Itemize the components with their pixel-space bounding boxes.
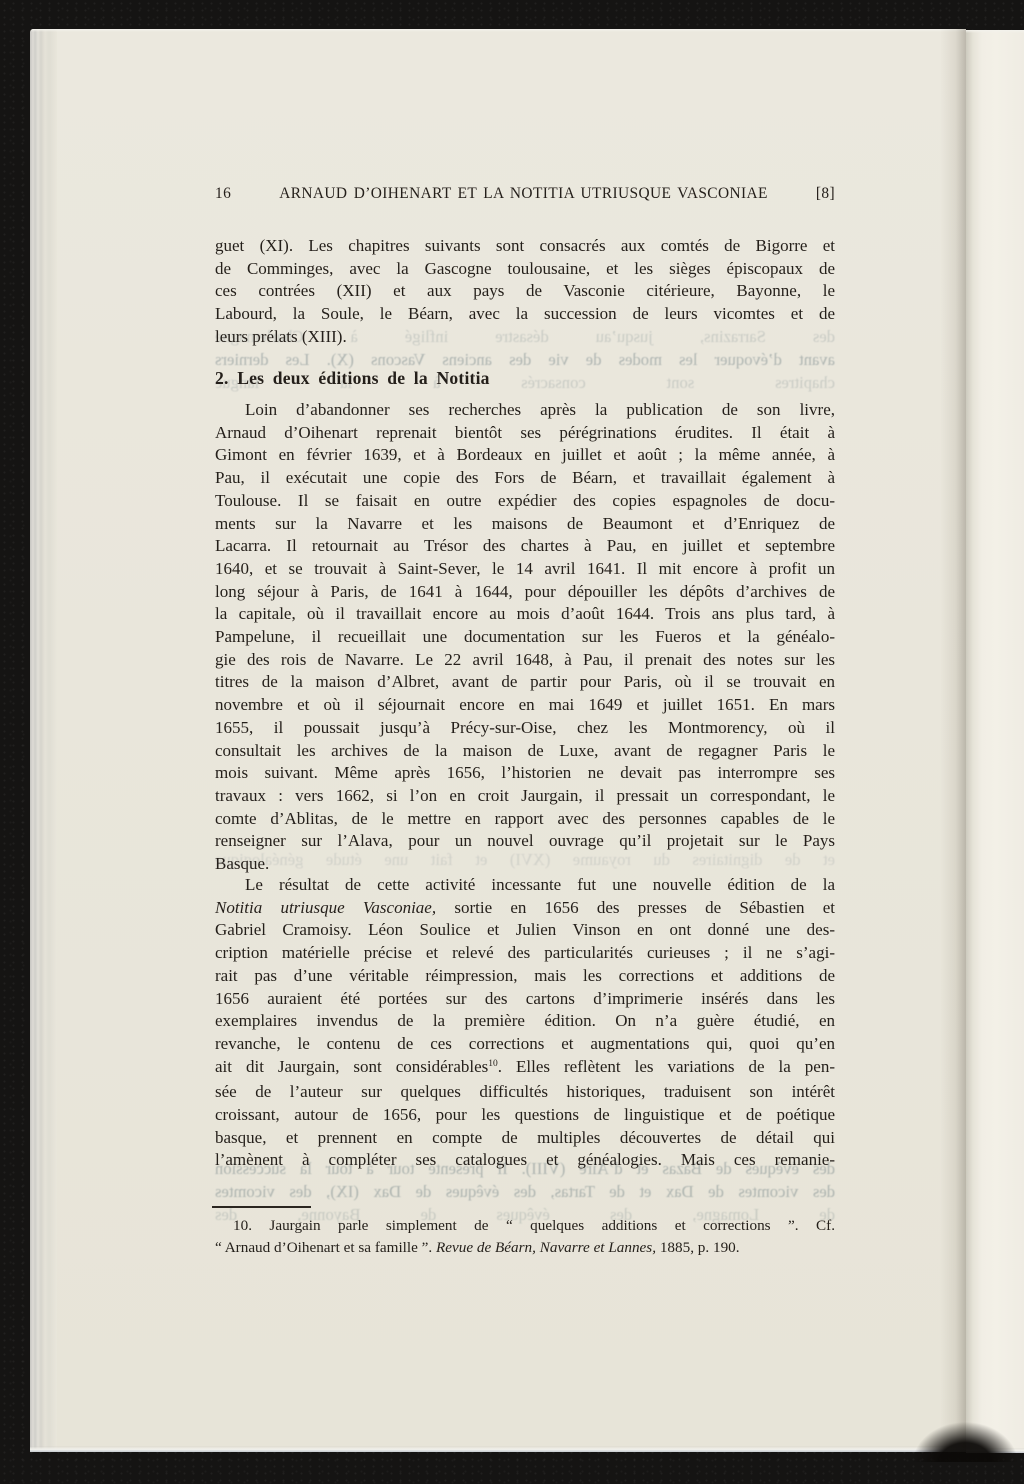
section-heading: 2. Les deux éditions de la Notitia bbox=[215, 368, 835, 389]
page-edge-top bbox=[966, 30, 1024, 33]
body-line: Notitia utriusque Vasconiae, sortie en 1… bbox=[215, 897, 835, 920]
body-line: revanche, le contenu de ces corrections … bbox=[215, 1033, 835, 1056]
body-line: Toulouse. Il se faisait en outre expédie… bbox=[215, 490, 835, 513]
body-line: travaux : vers 1662, si l’on en croit Ja… bbox=[215, 785, 835, 808]
running-header: 16 ARNAUD D’OIHENART ET LA NOTITIA UTRIU… bbox=[215, 185, 835, 203]
book-page: des Sarrazins, jusqu’au désastre infligé… bbox=[30, 29, 966, 1452]
opening-paragraph: guet (XI). Les chapitres suivants sont c… bbox=[215, 235, 835, 349]
paragraph: Le résultat de cette activité incessante… bbox=[215, 874, 835, 1172]
body-line: cription matérielle précise et relevé de… bbox=[215, 942, 835, 965]
paragraph: Loin d’abandonner ses recherches après l… bbox=[215, 399, 835, 876]
page-number: 16 bbox=[215, 185, 231, 203]
page-stack-edge-left bbox=[30, 29, 57, 1452]
body-line: Basque. bbox=[215, 853, 835, 876]
body-line: titres de la maison d’Albret, avant de p… bbox=[215, 671, 835, 694]
body-line: ces contrées (XII) et aux pays de Vascon… bbox=[215, 280, 835, 303]
body-line: Gimont en février 1639, et à Bordeaux en… bbox=[215, 444, 835, 467]
gutter-bottom-shadow bbox=[896, 1392, 1024, 1462]
body-line: mois suivant. Même après 1656, l’histori… bbox=[215, 762, 835, 785]
body-line: 1656 auraient été portées sur des carton… bbox=[215, 988, 835, 1011]
body-line: ait dit Jaurgain, sont considérables10. … bbox=[215, 1056, 835, 1082]
body-line: croissant, autour de 1656, pour les ques… bbox=[215, 1104, 835, 1127]
body-line: comte d’Ablitas, de le mettre en rapport… bbox=[215, 808, 835, 831]
body-line: consultait les archives de la maison de … bbox=[215, 740, 835, 763]
body-line: Loin d’abandonner ses recherches après l… bbox=[215, 399, 835, 422]
ghost-line: des vicomtes de Dax et de Tartas, des év… bbox=[215, 1180, 835, 1203]
body-line: l’amènent à compléter ses catalogues et … bbox=[215, 1149, 835, 1172]
running-title: ARNAUD D’OIHENART ET LA NOTITIA UTRIUSQU… bbox=[231, 185, 816, 203]
body-line: basque, et prennent en compte de multipl… bbox=[215, 1127, 835, 1150]
body-line: Labourd, la Soule, le Béarn, avec la suc… bbox=[215, 303, 835, 326]
body-line: exemplaires invendus de la première édit… bbox=[215, 1010, 835, 1033]
body-line: guet (XI). Les chapitres suivants sont c… bbox=[215, 235, 835, 258]
body-line: Pau, il exécutait une copie des Fors de … bbox=[215, 467, 835, 490]
scanned-book-photo: des Sarrazins, jusqu’au désastre infligé… bbox=[0, 0, 1024, 1484]
footnote-line: 10. Jaurgain parle simplement de “ quelq… bbox=[215, 1215, 835, 1237]
body-line: renseigner sur l’Alava, pour un nouvel o… bbox=[215, 830, 835, 853]
body-line: rait pas d’une véritable réimpression, m… bbox=[215, 965, 835, 988]
body-line: la capitale, où il travaillait encore au… bbox=[215, 603, 835, 626]
body-line: Lacarra. Il retournait au Trésor des cha… bbox=[215, 535, 835, 558]
body-line: 1640, et se trouvait à Saint-Sever, le 1… bbox=[215, 558, 835, 581]
body-line: de Comminges, avec la Gascogne toulousai… bbox=[215, 258, 835, 281]
facing-page-edge bbox=[966, 30, 1024, 1453]
body-line: Pampelune, il recueillait une documentat… bbox=[215, 626, 835, 649]
body-line: leurs prélats (XIII). bbox=[215, 326, 835, 349]
footnote-line: “ Arnaud d’Oihenart et sa famille ”. Rev… bbox=[215, 1237, 835, 1259]
body-line: Arnaud d’Oihenart reprenait bientôt ses … bbox=[215, 422, 835, 445]
body-line: long séjour à Paris, de 1641 à 1644, pou… bbox=[215, 581, 835, 604]
footnote-rule bbox=[212, 1206, 311, 1208]
body-line: Le résultat de cette activité incessante… bbox=[215, 874, 835, 897]
body-line: novembre et où il séjournait encore en m… bbox=[215, 694, 835, 717]
footnote: 10. Jaurgain parle simplement de “ quelq… bbox=[215, 1215, 835, 1259]
page-text-area: des Sarrazins, jusqu’au désastre infligé… bbox=[215, 29, 835, 1452]
section-bracket-number: [8] bbox=[816, 185, 835, 203]
gutter-shadow bbox=[940, 29, 966, 1452]
body-line: ments sur la Navarre et les maisons de B… bbox=[215, 513, 835, 536]
body-line: gie des rois de Navarre. Le 22 avril 164… bbox=[215, 649, 835, 672]
body-line: Gabriel Cramoisy. Léon Soulice et Julien… bbox=[215, 919, 835, 942]
body-line: sée de l’auteur sur quelques difficultés… bbox=[215, 1081, 835, 1104]
body-line: 1655, il poussait jusqu’à Précy-sur-Oise… bbox=[215, 717, 835, 740]
